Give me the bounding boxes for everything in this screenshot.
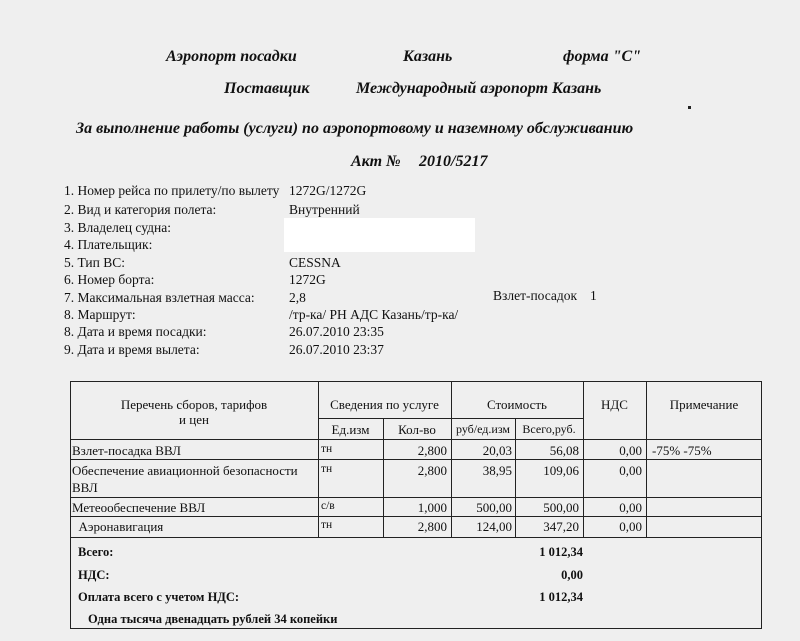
grand-total-value: 1 012,34 — [470, 590, 583, 605]
landing-airport-value: Казань — [403, 48, 452, 66]
info-value: Внутренний — [289, 202, 360, 218]
grid-line — [318, 418, 583, 419]
info-label: 7. Максимальная взлетная масса: — [64, 290, 255, 306]
takeoffs-label: Взлет-посадок — [493, 288, 577, 304]
header-vat: НДС — [583, 397, 646, 413]
info-label: 3. Владелец судна: — [64, 220, 171, 236]
cell-unit: тн — [321, 443, 381, 455]
cell-total: 109,06 — [515, 463, 579, 479]
cell-vat: 0,00 — [583, 443, 642, 459]
cell-qty: 1,000 — [383, 500, 447, 516]
grand-total-label: Оплата всего с учетом НДС: — [78, 590, 239, 605]
act-label: Акт № — [351, 153, 401, 171]
info-value: 26.07.2010 23:37 — [289, 342, 384, 358]
cell-total: 56,08 — [515, 443, 579, 459]
header-qty: Кол-во — [383, 422, 451, 438]
cell-name-cont: ВВЛ — [72, 480, 98, 496]
grid-line — [70, 439, 762, 440]
total-label: Всего: — [78, 545, 113, 560]
cell-name: Взлет-посадка ВВЛ — [72, 443, 316, 459]
grid-line — [70, 516, 762, 517]
info-label: 8. Маршрут: — [64, 307, 136, 323]
vat-label: НДС: — [78, 568, 110, 583]
header-services: Перечень сборов, тарифов — [70, 397, 318, 413]
cell-total: 347,20 — [515, 519, 579, 535]
cell-name: Аэронавигация — [72, 519, 316, 535]
cell-qty: 2,800 — [383, 463, 447, 479]
cell-name: Обеспечение авиационной безопасности — [72, 463, 316, 479]
header-total: Всего,руб. — [515, 422, 583, 437]
grid-line — [70, 459, 762, 460]
act-number: 2010/5217 — [419, 153, 487, 171]
header-services-2: и цен — [70, 412, 318, 428]
info-label: 6. Номер борта: — [64, 272, 154, 288]
info-label: 4. Плательщик: — [64, 237, 152, 253]
cell-name: Метеообеспечение ВВЛ — [72, 500, 316, 516]
cell-note: -75% -75% — [652, 443, 760, 459]
supplier-label: Поставщик — [224, 80, 309, 98]
cell-price: 38,95 — [451, 463, 512, 479]
cell-price: 20,03 — [451, 443, 512, 459]
amount-in-words: Одна тысяча двенадцать рублей 34 копейки — [88, 612, 337, 627]
info-label: 2. Вид и категория полета: — [64, 202, 216, 218]
landing-airport-label: Аэропорт посадки — [166, 48, 297, 66]
cell-vat: 0,00 — [583, 463, 642, 479]
cell-unit: тн — [321, 463, 381, 475]
total-value: 1 012,34 — [470, 545, 583, 560]
document-subject: За выполнение работы (услуги) по аэропор… — [76, 120, 633, 138]
header-cost: Стоимость — [451, 397, 583, 413]
cell-vat: 0,00 — [583, 519, 642, 535]
header-price: руб/ед.изм — [451, 422, 515, 437]
info-label: 1. Номер рейса по прилету/по вылету — [64, 183, 279, 199]
cell-price: 124,00 — [451, 519, 512, 535]
supplier-value: Международный аэропорт Казань — [356, 80, 601, 98]
takeoffs-value: 1 — [590, 288, 597, 304]
info-label: 8. Дата и время посадки: — [64, 324, 207, 340]
info-value: /тр-ка/ РН АДС Казань/тр-ка/ — [289, 307, 458, 323]
header-note: Примечание — [646, 397, 762, 413]
info-value: 1272G/1272G — [289, 183, 366, 199]
info-value: CESSNA — [289, 255, 341, 271]
cell-qty: 2,800 — [383, 519, 447, 535]
grid-line — [70, 537, 762, 538]
info-value: 26.07.2010 23:35 — [289, 324, 384, 340]
cell-total: 500,00 — [515, 500, 579, 516]
info-value: 1272G — [289, 272, 326, 288]
redacted-area — [284, 218, 475, 252]
header-unit: Ед.изм — [318, 422, 383, 438]
info-label: 9. Дата и время вылета: — [64, 342, 200, 358]
grid-line — [70, 497, 762, 498]
cell-vat: 0,00 — [583, 500, 642, 516]
cell-unit: тн — [321, 519, 381, 531]
cell-price: 500,00 — [451, 500, 512, 516]
cell-unit: с/в — [321, 500, 381, 512]
scan-speck — [688, 106, 691, 109]
info-label: 5. Тип ВС: — [64, 255, 125, 271]
cell-qty: 2,800 — [383, 443, 447, 459]
info-value: 2,8 — [289, 290, 306, 306]
vat-value: 0,00 — [470, 568, 583, 583]
form-label: форма "С" — [563, 48, 641, 66]
header-service-info: Сведения по услуге — [318, 397, 451, 413]
